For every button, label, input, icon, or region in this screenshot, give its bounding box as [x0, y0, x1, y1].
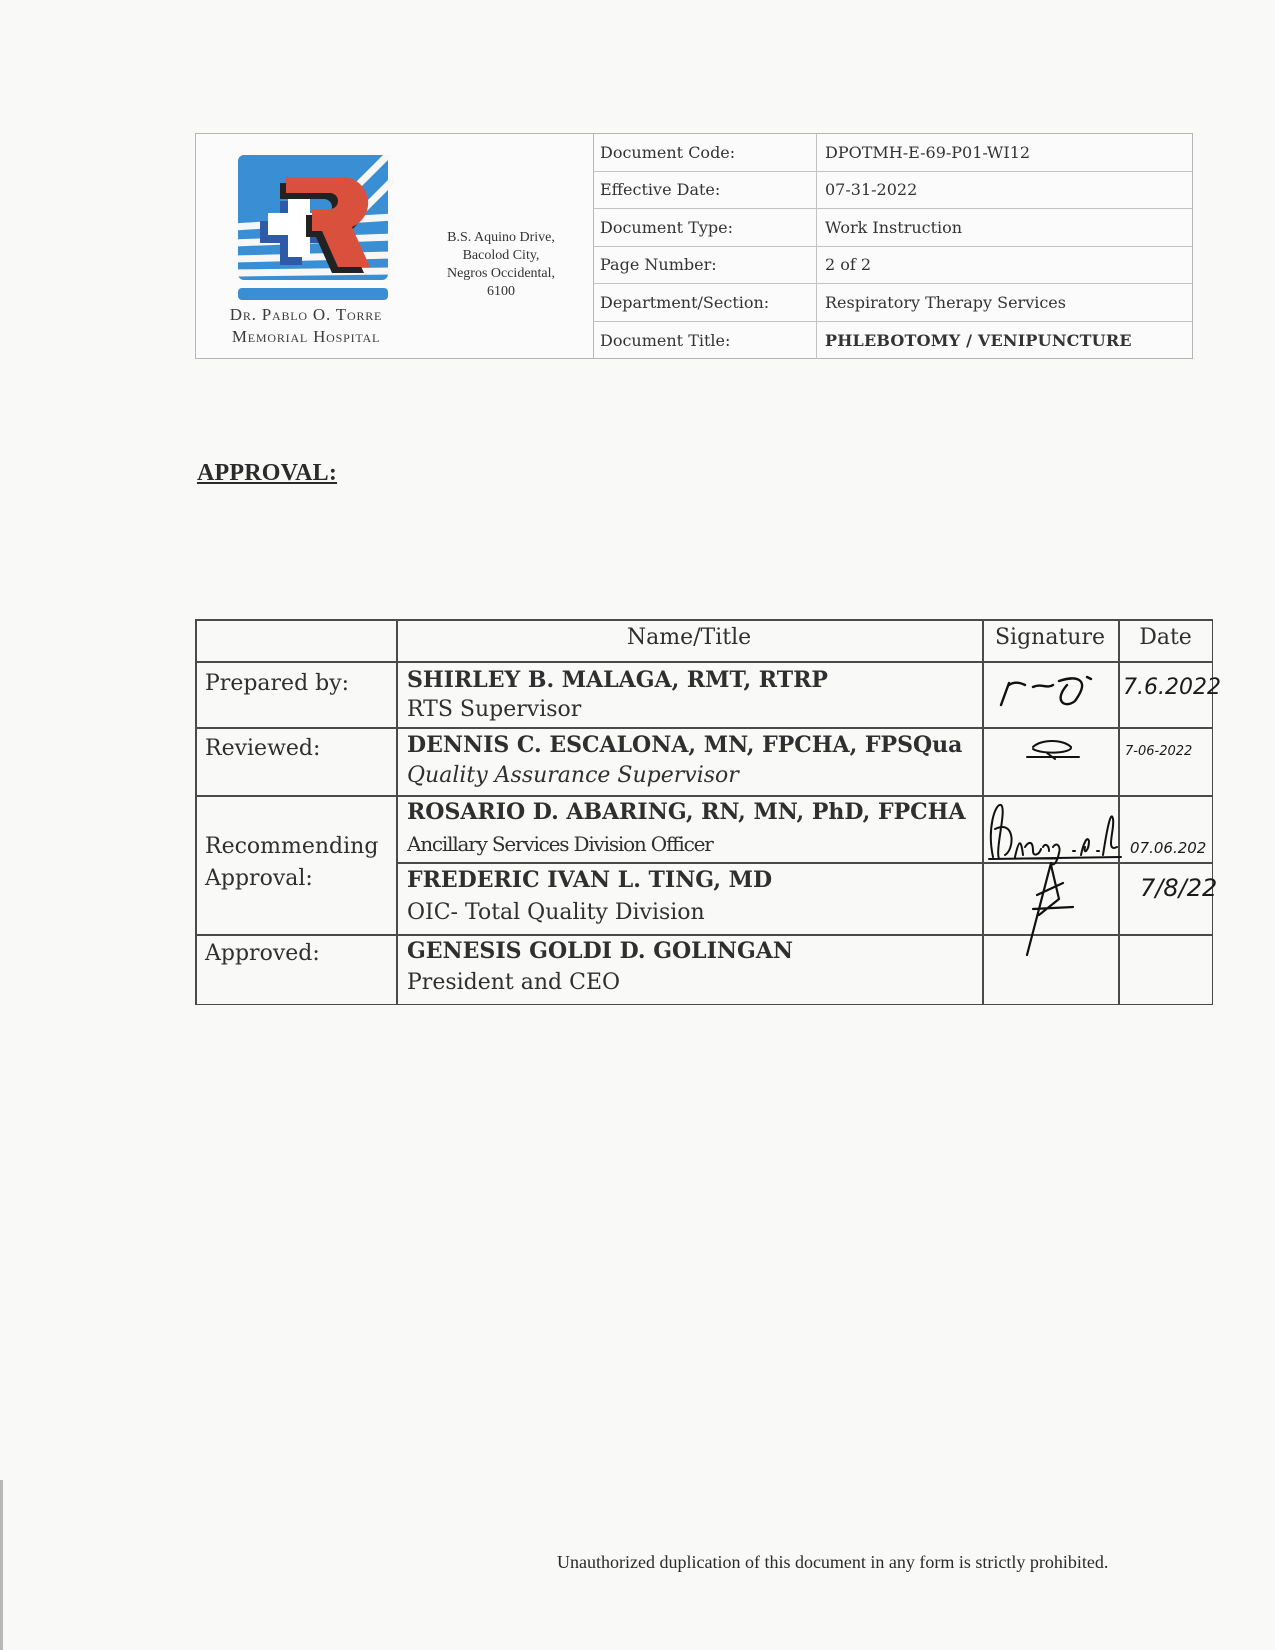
field-label: Department/Section: — [593, 284, 817, 321]
field-label: Document Title: — [593, 322, 817, 360]
date-handwritten: 7.6.2022 — [1123, 675, 1221, 700]
document-title-row: Document Title: PHLEBOTOMY / VENIPUNCTUR… — [593, 322, 1192, 360]
role-label: Reviewed: — [205, 736, 320, 761]
hospital-identity: Dr. Pablo O. Torre Memorial Hospital B.S… — [196, 134, 594, 358]
table-border — [195, 619, 197, 1005]
column-header-name-title: Name/Title — [396, 625, 982, 650]
approver-name: GENESIS GOLDI D. GOLINGAN — [407, 938, 793, 964]
document-code: DPOTMH-E-69-P01-WI12 — [817, 143, 1030, 162]
approver-title: President and CEO — [407, 970, 620, 995]
hospital-name-line: Dr. Pablo O. Torre — [206, 304, 406, 326]
role-label: Prepared by: — [205, 671, 349, 696]
document-header: Dr. Pablo O. Torre Memorial Hospital B.S… — [195, 133, 1193, 359]
date-handwritten: 7-06-2022 — [1125, 744, 1192, 759]
address-line: Bacolod City, — [421, 247, 581, 265]
column-divider — [396, 619, 398, 1005]
date-handwritten: 07.06.202 — [1130, 839, 1206, 857]
approver-title: Quality Assurance Supervisor — [407, 763, 739, 788]
document-type-row: Document Type: Work Instruction — [593, 209, 1192, 247]
row-divider — [195, 795, 1213, 797]
hospital-name-line: Memorial Hospital — [206, 326, 406, 348]
effective-date: 07-31-2022 — [817, 180, 917, 199]
approval-heading: APPROVAL: — [197, 460, 337, 487]
table-border — [195, 619, 1213, 621]
signature-escalona-icon — [1023, 737, 1083, 763]
row-divider — [195, 661, 1213, 663]
approver-title: Ancillary Services Division Officer — [407, 832, 713, 856]
approver-name: FREDERIC IVAN L. TING, MD — [407, 867, 772, 893]
table-border — [195, 1004, 1213, 1006]
document-metadata: Document Code: DPOTMH-E-69-P01-WI12 Effe… — [593, 134, 1192, 358]
approver-title: OIC- Total Quality Division — [407, 900, 705, 925]
department: Respiratory Therapy Services — [817, 293, 1066, 312]
signature-malaga-icon — [995, 671, 1105, 711]
effective-date-row: Effective Date: 07-31-2022 — [593, 172, 1192, 210]
address-line: B.S. Aquino Drive, — [421, 229, 581, 247]
address-line: Negros Occidental, — [421, 265, 581, 283]
role-label: Approval: — [205, 866, 313, 891]
column-header-signature: Signature — [982, 625, 1118, 650]
hospital-address: B.S. Aquino Drive, Bacolod City, Negros … — [421, 229, 581, 301]
field-label: Document Type: — [593, 209, 817, 246]
field-label: Document Code: — [593, 134, 817, 171]
role-label: Approved: — [205, 941, 320, 966]
approver-name: SHIRLEY B. MALAGA, RMT, RTRP — [407, 667, 828, 693]
signature-ting-icon — [1015, 859, 1085, 959]
field-label: Effective Date: — [593, 172, 817, 209]
row-divider — [195, 727, 1213, 729]
approval-table: Name/Title Signature Date Prepared by: S… — [195, 619, 1213, 1005]
document-type: Work Instruction — [817, 218, 962, 237]
approver-name: DENNIS C. ESCALONA, MN, FPCHA, FPSQua — [407, 732, 962, 758]
address-line: 6100 — [421, 283, 581, 301]
hospital-logo-icon — [238, 155, 394, 307]
column-header-date: Date — [1118, 625, 1213, 650]
document-code-row: Document Code: DPOTMH-E-69-P01-WI12 — [593, 134, 1192, 172]
role-label: Recommending — [205, 834, 378, 859]
scan-edge — [0, 1480, 3, 1650]
page-number: 2 of 2 — [817, 255, 871, 274]
field-label: Page Number: — [593, 247, 817, 284]
date-handwritten: 7/8/22 — [1140, 874, 1217, 902]
approver-name: ROSARIO D. ABARING, RN, MN, PhD, FPCHA — [407, 799, 966, 825]
document-title: PHLEBOTOMY / VENIPUNCTURE — [817, 331, 1132, 350]
column-divider — [982, 619, 984, 1005]
footer-notice: Unauthorized duplication of this documen… — [557, 1552, 1108, 1573]
page-number-row: Page Number: 2 of 2 — [593, 247, 1192, 285]
approver-title: RTS Supervisor — [407, 697, 581, 722]
hospital-name: Dr. Pablo O. Torre Memorial Hospital — [206, 304, 406, 348]
department-row: Department/Section: Respiratory Therapy … — [593, 284, 1192, 322]
